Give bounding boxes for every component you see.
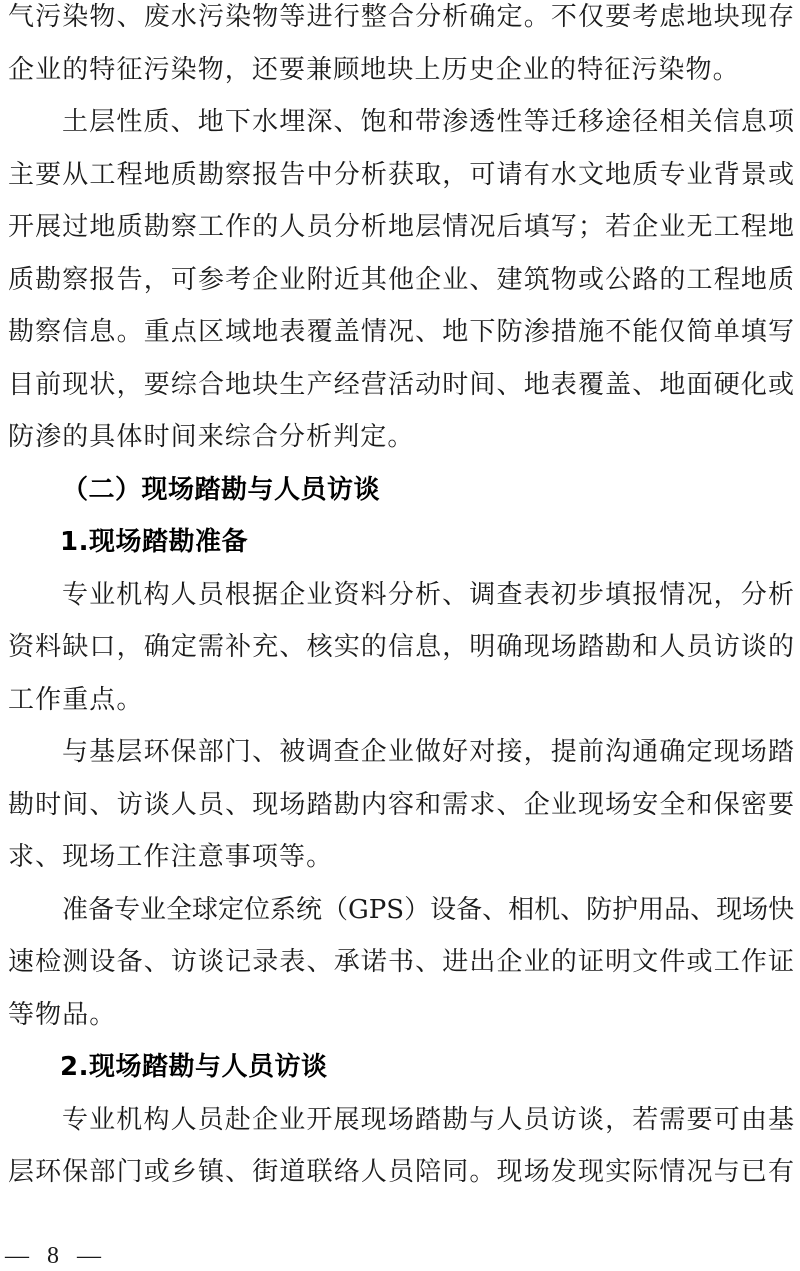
text-line: 目前现状，要综合地块生产经营活动时间、地表覆盖、地面硬化或: [8, 359, 794, 412]
paragraph-equipment: 准备专业全球定位系统（GPS）设备、相机、防护用品、现场快 速检测设备、访谈记录…: [8, 884, 794, 1042]
page-number: — 8 —: [5, 1244, 101, 1268]
text-line: 资料缺口，确定需补充、核实的信息，明确现场踏勘和人员访谈的: [8, 621, 794, 674]
text-line: 勘察信息。重点区域地表覆盖情况、地下防渗措施不能仅简单填写: [8, 306, 794, 359]
document-page: 气污染物、废水污染物等进行整合分析确定。不仅要考虑地块现存 企业的特征污染物，还…: [0, 0, 800, 1271]
text-line: 与基层环保部门、被调查企业做好对接，提前沟通确定现场踏: [8, 726, 794, 779]
paragraph-continued: 气污染物、废水污染物等进行整合分析确定。不仅要考虑地块现存 企业的特征污染物，还…: [8, 0, 794, 96]
text-line: 准备专业全球定位系统（GPS）设备、相机、防护用品、现场快: [8, 884, 794, 937]
text-line: 质勘察报告，可参考企业附近其他企业、建筑物或公路的工程地质: [8, 254, 794, 307]
document-body: 气污染物、废水污染物等进行整合分析确定。不仅要考虑地块现存 企业的特征污染物，还…: [8, 0, 794, 1199]
text-line: 等物品。: [8, 989, 794, 1042]
subheading-site-survey-interview: 2.现场踏勘与人员访谈: [8, 1041, 794, 1094]
text-line: 速检测设备、访谈记录表、承诺书、进出企业的证明文件或工作证: [8, 936, 794, 989]
text-line: 企业的特征污染物，还要兼顾地块上历史企业的特征污染物。: [8, 44, 794, 97]
section-heading: （二）现场踏勘与人员访谈: [8, 464, 794, 517]
text-line: 求、现场工作注意事项等。: [8, 831, 794, 884]
subheading-site-survey-preparation: 1.现场踏勘准备: [8, 516, 794, 569]
paragraph-migration-pathway: 土层性质、地下水埋深、饱和带渗透性等迁移途径相关信息项 主要从工程地质勘察报告中…: [8, 96, 794, 464]
text-line: 勘时间、访谈人员、现场踏勘内容和需求、企业现场安全和保密要: [8, 779, 794, 832]
text-line: 防渗的具体时间来综合分析判定。: [8, 411, 794, 464]
text-line: 开展过地质勘察工作的人员分析地层情况后填写；若企业无工程地: [8, 201, 794, 254]
text-line: 气污染物、废水污染物等进行整合分析确定。不仅要考虑地块现存: [8, 0, 794, 44]
paragraph-coordination: 与基层环保部门、被调查企业做好对接，提前沟通确定现场踏 勘时间、访谈人员、现场踏…: [8, 726, 794, 884]
text-line: 专业机构人员赴企业开展现场踏勘与人员访谈，若需要可由基: [8, 1094, 794, 1147]
text-line: 专业机构人员根据企业资料分析、调查表初步填报情况，分析: [8, 569, 794, 622]
paragraph-preparation-analysis: 专业机构人员根据企业资料分析、调查表初步填报情况，分析 资料缺口，确定需补充、核…: [8, 569, 794, 727]
text-line: 层环保部门或乡镇、街道联络人员陪同。现场发现实际情况与已有: [8, 1146, 794, 1199]
text-line: 土层性质、地下水埋深、饱和带渗透性等迁移途径相关信息项: [8, 96, 794, 149]
text-line: 工作重点。: [8, 674, 794, 727]
text-line: 主要从工程地质勘察报告中分析获取，可请有水文地质专业背景或: [8, 149, 794, 202]
paragraph-site-visit: 专业机构人员赴企业开展现场踏勘与人员访谈，若需要可由基 层环保部门或乡镇、街道联…: [8, 1094, 794, 1199]
